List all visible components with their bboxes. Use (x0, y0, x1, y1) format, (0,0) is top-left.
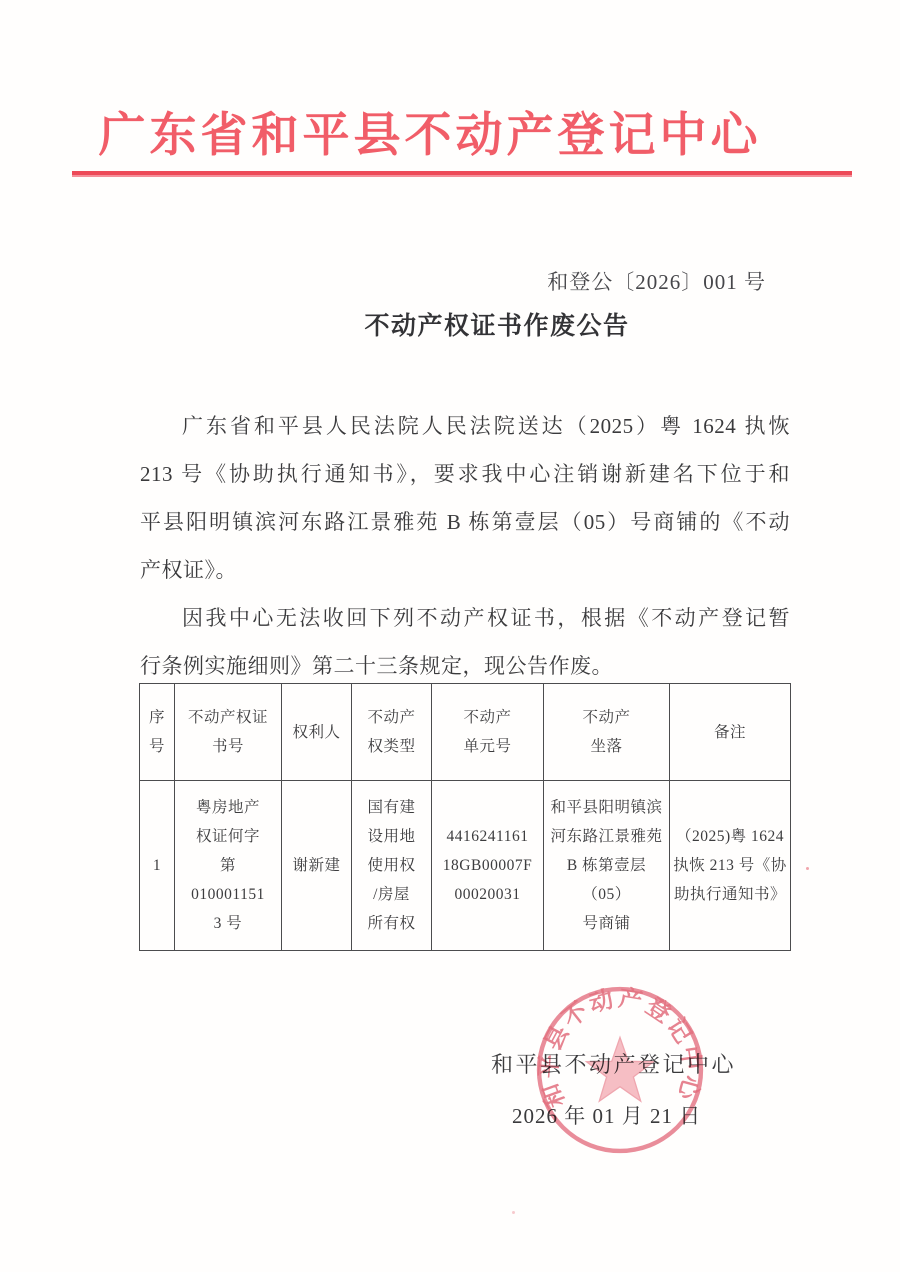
stamp-star-icon (587, 1037, 654, 1101)
cell-seq: 1 (140, 781, 175, 951)
cell-right-type: 国有建 设用地 使用权 /房屋 所有权 (352, 781, 432, 951)
cell-location: 和平县阳明镇滨 河东路江景雅苑 B 栋第壹层（05） 号商铺 (544, 781, 670, 951)
notice-title-text: 不动产权证书作废公告 (364, 313, 629, 340)
col-header-cert-no: 不动产权证 书号 (175, 684, 282, 781)
paragraph-1-line-2: 213 号《协助执行通知书》，要求我中心注销谢新建名下位于和 (140, 450, 790, 498)
cell-remark: （2025)粤 1624 执恢 213 号《协 助执行通知书》 (670, 781, 791, 951)
col-header-right-type: 不动产 权类型 (352, 684, 432, 781)
scan-speckle (512, 1211, 515, 1214)
paragraph-2-line-1: 因我中心无法收回下列不动产权证书，根据《不动产登记暂 (140, 594, 790, 642)
notice-title: 不动产权证书作废公告 (140, 306, 790, 342)
cell-holder: 谢新建 (282, 781, 352, 951)
doc-number: 和登公〔2026〕001 号 (140, 266, 790, 296)
letterhead-divider-line (72, 171, 852, 177)
scan-speckle (806, 867, 809, 870)
notice-body: 广东省和平县人民法院人民法院送达（2025）粤 1624 执恢 213 号《协助… (140, 402, 790, 690)
col-header-remark: 备注 (670, 684, 791, 781)
col-header-holder: 权利人 (282, 684, 352, 781)
cell-unit-no: 4416241161 18GB00007F 00020031 (432, 781, 544, 951)
table-row: 1 粤房地产 权证何字 第 010001151 3 号 谢新建 国有建 设用地 … (140, 781, 791, 951)
paragraph-1-line-4: 产权证》。 (140, 546, 790, 594)
col-header-seq: 序 号 (140, 684, 175, 781)
col-header-location: 不动产 坐落 (544, 684, 670, 781)
cell-cert-no: 粤房地产 权证何字 第 010001151 3 号 (175, 781, 282, 951)
paragraph-1-line-3: 平县阳明镇滨河东路江景雅苑 B 栋第壹层（05）号商铺的《不动 (140, 498, 790, 546)
official-seal-stamp: 和平县不动产登记中心 (532, 982, 708, 1158)
document-page: 广东省和平县不动产登记中心 和登公〔2026〕001 号 不动产权证书作废公告 … (0, 0, 900, 1272)
table-header-row: 序 号 不动产权证 书号 权利人 不动产 权类型 不动产 单元号 不动产 坐落 … (140, 684, 791, 781)
paragraph-1-line-1: 广东省和平县人民法院人民法院送达（2025）粤 1624 执恢 (140, 402, 790, 450)
letterhead: 广东省和平县不动产登记中心 (0, 98, 900, 165)
certificates-table: 序 号 不动产权证 书号 权利人 不动产 权类型 不动产 单元号 不动产 坐落 … (139, 683, 791, 951)
letterhead-org-name: 广东省和平县不动产登记中心 (99, 98, 762, 165)
col-header-unit-no: 不动产 单元号 (432, 684, 544, 781)
